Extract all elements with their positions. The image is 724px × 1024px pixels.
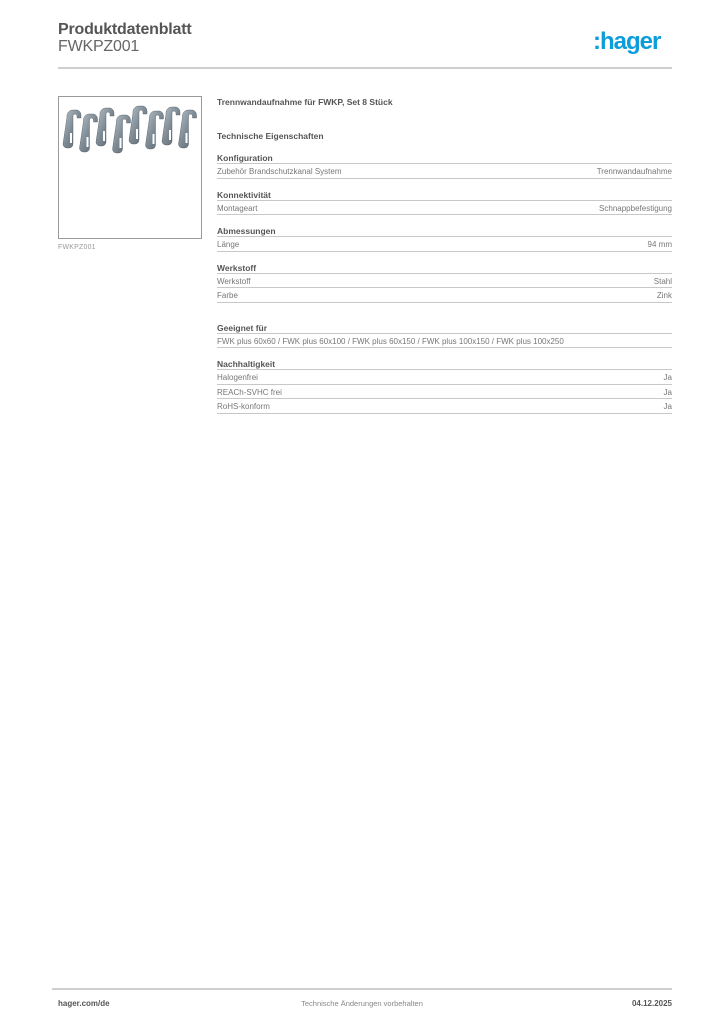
spec-label: Länge <box>217 238 239 251</box>
footer-divider <box>52 988 672 990</box>
spec-section: NachhaltigkeitHalogenfreiJaREACh-SVHC fr… <box>217 358 672 414</box>
spec-label: FWK plus 60x60 / FWK plus 60x100 / FWK p… <box>217 335 564 348</box>
spec-row: FarbeZink <box>217 288 672 303</box>
spec-value: Zink <box>657 289 672 302</box>
footer-disclaimer: Technische Änderungen vorbehalten <box>0 999 724 1008</box>
spec-value: Stahl <box>654 275 672 288</box>
spec-value: 94 mm <box>648 238 672 251</box>
spec-sections: KonfigurationZubehör Brandschutzkanal Sy… <box>217 152 672 414</box>
spec-row: MontageartSchnappbefestigung <box>217 201 672 216</box>
image-caption: FWKPZ001 <box>58 244 96 251</box>
spec-section: KonfigurationZubehör Brandschutzkanal Sy… <box>217 152 672 179</box>
product-image <box>58 96 202 239</box>
footer-date: 04.12.2025 <box>632 999 672 1008</box>
section-title: Nachhaltigkeit <box>217 358 672 370</box>
spec-section: AbmessungenLänge94 mm <box>217 225 672 252</box>
spec-label: Halogenfrei <box>217 371 258 384</box>
spec-value: Schnappbefestigung <box>599 202 672 215</box>
section-title: Konnektivität <box>217 189 672 201</box>
spec-label: Werkstoff <box>217 275 251 288</box>
spec-label: RoHS-konform <box>217 400 270 413</box>
spec-section: Geeignet fürFWK plus 60x60 / FWK plus 60… <box>217 322 672 349</box>
page-title: Produktdatenblatt <box>58 21 192 39</box>
spec-label: REACh-SVHC frei <box>217 386 282 399</box>
spec-row: WerkstoffStahl <box>217 274 672 289</box>
spec-label: Farbe <box>217 289 238 302</box>
spec-section: WerkstoffWerkstoffStahlFarbeZink <box>217 262 672 303</box>
spec-value: Trennwandaufnahme <box>597 165 672 178</box>
datasheet-page: Produktdatenblatt FWKPZ001 :hager FWKPZ0… <box>0 0 724 1024</box>
spec-label: Montageart <box>217 202 257 215</box>
spec-row: HalogenfreiJa <box>217 370 672 385</box>
spec-row: Länge94 mm <box>217 237 672 252</box>
product-name: Trennwandaufnahme für FWKP, Set 8 Stück <box>217 96 672 108</box>
spec-value: Ja <box>664 371 672 384</box>
spec-row: REACh-SVHC freiJa <box>217 385 672 400</box>
section-title: Konfiguration <box>217 152 672 164</box>
spec-row: RoHS-konformJa <box>217 399 672 414</box>
spec-section: KonnektivitätMontageartSchnappbefestigun… <box>217 189 672 216</box>
spec-value: Ja <box>664 386 672 399</box>
spec-row: FWK plus 60x60 / FWK plus 60x100 / FWK p… <box>217 334 672 349</box>
section-title: Abmessungen <box>217 225 672 237</box>
header-divider <box>58 67 672 69</box>
article-number: FWKPZ001 <box>58 38 139 56</box>
product-details: Trennwandaufnahme für FWKP, Set 8 Stück … <box>217 96 672 414</box>
spec-value: Ja <box>664 400 672 413</box>
partition-holders-icon <box>59 97 202 239</box>
tech-heading: Technische Eigenschaften <box>217 130 672 142</box>
section-title: Geeignet für <box>217 322 672 334</box>
hager-logo: :hager <box>593 28 660 56</box>
spec-label: Zubehör Brandschutzkanal System <box>217 165 342 178</box>
spec-row: Zubehör Brandschutzkanal SystemTrennwand… <box>217 164 672 179</box>
section-title: Werkstoff <box>217 262 672 274</box>
